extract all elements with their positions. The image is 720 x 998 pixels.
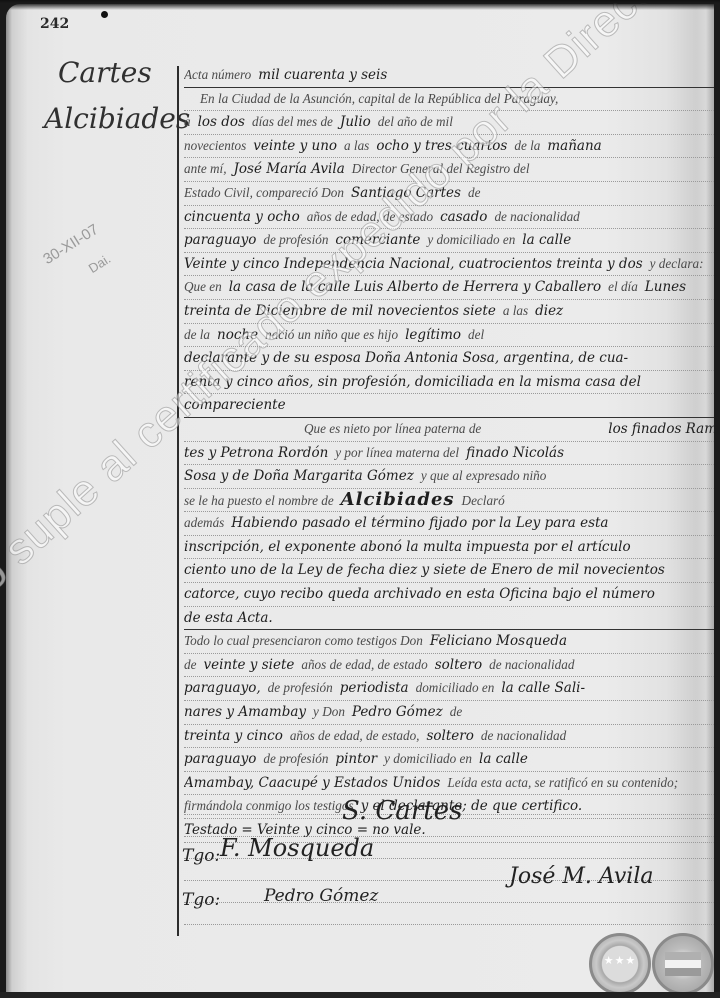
printed-form-text: a	[184, 114, 191, 129]
handwritten-entry: paraguayo	[184, 232, 256, 248]
handwritten-entry: Santiago Cartes	[351, 185, 461, 201]
handwritten-entry: Amambay, Caacupé y Estados Unidos	[184, 775, 440, 791]
handwritten-entry: comerciante	[335, 232, 420, 248]
handwritten-entry: Lunes	[645, 279, 686, 295]
acta-line: paraguayode profesiónpintory domiciliado…	[184, 748, 714, 772]
handwritten-entry: pintor	[335, 751, 377, 767]
binding-hole-icon	[101, 11, 108, 18]
handwritten-entry: catorce, cuyo recibo queda archivado en …	[184, 586, 655, 602]
handwritten-entry: soltero	[435, 657, 482, 673]
printed-form-text: de profesión	[263, 751, 328, 766]
acta-line: compareciente	[184, 394, 714, 418]
handwritten-entry: veinte y uno	[253, 138, 337, 154]
printed-form-text: años de edad, de estado	[301, 657, 427, 672]
acta-line: Sosa y de Doña Margarita Gómezy que al e…	[184, 465, 714, 489]
handwritten-entry: mil cuarenta y seis	[258, 67, 387, 83]
acta-line: ademásHabiendo pasado el término fijado …	[184, 512, 714, 536]
handwritten-entry: tes y Petrona Rordón	[184, 445, 328, 461]
handwritten-entry: Habiendo pasado el término fijado por la…	[231, 515, 608, 531]
handwritten-entry: ocho y tres cuartos	[376, 138, 507, 154]
handwritten-entry: periodista	[340, 680, 409, 696]
handwritten-entry: noche	[217, 327, 258, 343]
printed-form-text: Acta número	[184, 67, 251, 82]
printed-form-text: ante mí,	[184, 161, 227, 176]
acta-line: novecientosveinte y unoa lasocho y tres …	[184, 135, 714, 159]
acta-line: En la Ciudad de la Asunción, capital de …	[184, 88, 714, 112]
handwritten-entry: los finados Ramón Car-	[608, 421, 714, 437]
flag-stripe-white	[665, 960, 701, 968]
handwritten-entry: renta y cinco años, sin profesión, domic…	[184, 374, 641, 390]
handwritten-entry: de esta Acta.	[184, 610, 273, 626]
acta-line: treinta y cincoaños de edad, de estado,s…	[184, 725, 714, 749]
printed-form-text: En la Ciudad de la Asunción, capital de …	[200, 91, 558, 106]
acta-line: treinta de Diciembre de mil novecientos …	[184, 300, 714, 324]
acta-line: Que es nieto por línea paterna delos fin…	[184, 418, 714, 442]
acta-line: Estado Civil, compareció DonSantiago Car…	[184, 182, 714, 206]
handwritten-entry: la calle	[522, 232, 571, 248]
printed-form-text: de nacionalidad	[489, 657, 574, 672]
margin-surname: Cartes	[58, 56, 152, 89]
handwritten-entry: Sosa y de Doña Margarita Gómez	[184, 468, 414, 484]
document-page: 242 Cartes Alcibiades 30-XII-07 Dai. Act…	[6, 4, 714, 994]
page-number: 242	[40, 16, 69, 32]
officer-signature: José M. Avila	[509, 864, 654, 889]
scan-edge-top	[0, 0, 720, 10]
handwritten-entry: casado	[440, 209, 487, 225]
handwritten-entry: soltero	[426, 728, 473, 744]
printed-form-text: a las	[344, 138, 369, 153]
acta-line: Veinte y cinco Independencia Nacional, c…	[184, 253, 714, 277]
acta-line: Acta númeromil cuarenta y seis	[184, 64, 714, 88]
witness2-signature: Pedro Gómez	[264, 886, 378, 906]
acta-line: cincuenta y ochoaños de edad, de estadoc…	[184, 206, 714, 230]
handwritten-entry: nares y Amambay	[184, 704, 306, 720]
printed-form-text: Estado Civil, compareció Don	[184, 185, 344, 200]
handwritten-entry: paraguayo,	[184, 680, 261, 696]
handwritten-entry: Feliciano Mosqueda	[430, 633, 567, 649]
handwritten-entry: Veinte y cinco Independencia Nacional, c…	[184, 256, 643, 272]
printed-form-text: y que al expresado niño	[421, 468, 547, 483]
printed-form-text: de	[450, 704, 462, 719]
printed-form-text: de la	[184, 327, 210, 342]
handwritten-entry: compareciente	[184, 397, 286, 413]
printed-form-text: y domiciliado en	[427, 232, 515, 247]
handwritten-entry: legítimo	[405, 327, 461, 343]
handwritten-entry: la calle Sali-	[501, 680, 585, 696]
margin-given-name: Alcibiades	[44, 102, 190, 135]
margin-rule	[177, 66, 179, 936]
printed-form-text: Leída esta acta, se ratificó en su conte…	[447, 775, 678, 790]
handwritten-entry: treinta y cinco	[184, 728, 283, 744]
acta-line: Todo lo cual presenciaron como testigos …	[184, 630, 714, 654]
acta-line: Que enla casa de la calle Luis Alberto d…	[184, 276, 714, 300]
paraguay-flag-seal-icon	[652, 933, 714, 995]
handwritten-entry: los dos	[198, 114, 245, 130]
acta-line: paraguayo,de profesiónperiodistadomicili…	[184, 677, 714, 701]
declarant-signature: S. Cartes	[342, 796, 462, 826]
printed-form-text: de profesión	[268, 680, 333, 695]
printed-form-text: del	[468, 327, 484, 342]
acta-line: tes y Petrona Rordóny por línea materna …	[184, 442, 714, 466]
acta-body: Acta númeromil cuarenta y seisEn la Ciud…	[184, 64, 714, 843]
handwritten-entry: la casa de la calle Luis Alberto de Herr…	[229, 279, 601, 295]
signature-rule	[184, 924, 714, 925]
handwritten-entry: José María Avila	[234, 161, 345, 177]
printed-form-text: años de edad, de estado	[307, 209, 433, 224]
acta-line: inscripción, el exponente abonó la multa…	[184, 536, 714, 560]
printed-form-text: y declara:	[650, 256, 704, 271]
handwritten-entry: declarante y de su esposa Doña Antonia S…	[184, 350, 628, 366]
witness1-prefix: Tgo:	[182, 846, 220, 866]
handwritten-entry: Pedro Gómez	[352, 704, 443, 720]
acta-line: catorce, cuyo recibo queda archivado en …	[184, 583, 714, 607]
handwritten-entry: cincuenta y ocho	[184, 209, 300, 225]
acta-line: ciento uno de la Ley de fecha diez y sie…	[184, 559, 714, 583]
acta-line: Amambay, Caacupé y Estados UnidosLeída e…	[184, 772, 714, 796]
handwritten-entry: la calle	[479, 751, 528, 767]
printed-form-text: de profesión	[263, 232, 328, 247]
printed-form-text: el día	[608, 279, 638, 294]
acta-line: se le ha puesto el nombre deAlcibiadesDe…	[184, 489, 714, 513]
handwritten-entry: veinte y siete	[203, 657, 294, 673]
printed-form-text: novecientos	[184, 138, 246, 153]
printed-form-text: del año de mil	[378, 114, 453, 129]
handwritten-entry: ciento uno de la Ley de fecha diez y sie…	[184, 562, 665, 578]
acta-line: renta y cinco años, sin profesión, domic…	[184, 371, 714, 395]
handwritten-entry: inscripción, el exponente abonó la multa…	[184, 539, 631, 555]
printed-form-text: nació un niño que es hijo	[265, 327, 398, 342]
printed-form-text: se le ha puesto el nombre de	[184, 493, 334, 508]
printed-form-text: de nacionalidad	[481, 728, 566, 743]
acta-line: ante mí,José María AvilaDirector General…	[184, 158, 714, 182]
acta-line: nares y Amambayy DonPedro Gómezde	[184, 701, 714, 725]
printed-form-text: de la	[514, 138, 540, 153]
acta-line: alos dosdías del mes deJuliodel año de m…	[184, 111, 714, 135]
printed-form-text: a las	[503, 303, 528, 318]
printed-form-text: Declaró	[462, 493, 505, 508]
printed-form-text: Que en	[184, 279, 222, 294]
printed-form-text: y domiciliado en	[384, 751, 472, 766]
witness1-signature: F. Mosqueda	[220, 834, 374, 862]
printed-form-text: Director General del Registro del	[352, 161, 530, 176]
printed-form-text: días del mes de	[252, 114, 333, 129]
handwritten-entry: diez	[535, 303, 563, 319]
handwritten-entry: Julio	[340, 114, 371, 130]
flag-stripe-blue	[665, 968, 701, 976]
printed-form-text: y por línea materna del	[335, 445, 459, 460]
printed-form-text: además	[184, 515, 224, 530]
printed-form-text: años de edad, de estado,	[290, 728, 420, 743]
acta-line: de lanochenació un niño que es hijolegít…	[184, 324, 714, 348]
acta-line: declarante y de su esposa Doña Antonia S…	[184, 347, 714, 371]
registry-seal-icon: ★★★	[589, 933, 651, 995]
printed-form-text: de	[468, 185, 480, 200]
printed-form-text: de nacionalidad	[494, 209, 579, 224]
printed-form-text: Que es nieto por línea paterna de	[304, 421, 481, 436]
pencil-note-initials: Dai.	[86, 251, 114, 276]
acta-line: de esta Acta.	[184, 607, 714, 631]
scan-edge-bottom	[0, 992, 720, 998]
signature-block: S. Cartes Tgo: F. Mosqueda Tgo: Pedro Gó…	[184, 794, 714, 934]
acta-line: paraguayode profesióncomerciantey domici…	[184, 229, 714, 253]
printed-form-text: y Don	[313, 704, 345, 719]
acta-line: deveinte y sieteaños de edad, de estados…	[184, 654, 714, 678]
witness2-prefix: Tgo:	[182, 890, 220, 910]
handwritten-entry: mañana	[547, 138, 601, 154]
handwritten-entry: Alcibiades	[341, 489, 455, 510]
handwritten-entry: treinta de Diciembre de mil novecientos …	[184, 303, 496, 319]
flag-stripe-red	[665, 952, 701, 960]
printed-form-text: Todo lo cual presenciaron como testigos …	[184, 633, 423, 648]
handwritten-entry: paraguayo	[184, 751, 256, 767]
printed-form-text: de	[184, 657, 196, 672]
handwritten-entry: finado Nicolás	[466, 445, 564, 461]
printed-form-text: domiciliado en	[416, 680, 495, 695]
